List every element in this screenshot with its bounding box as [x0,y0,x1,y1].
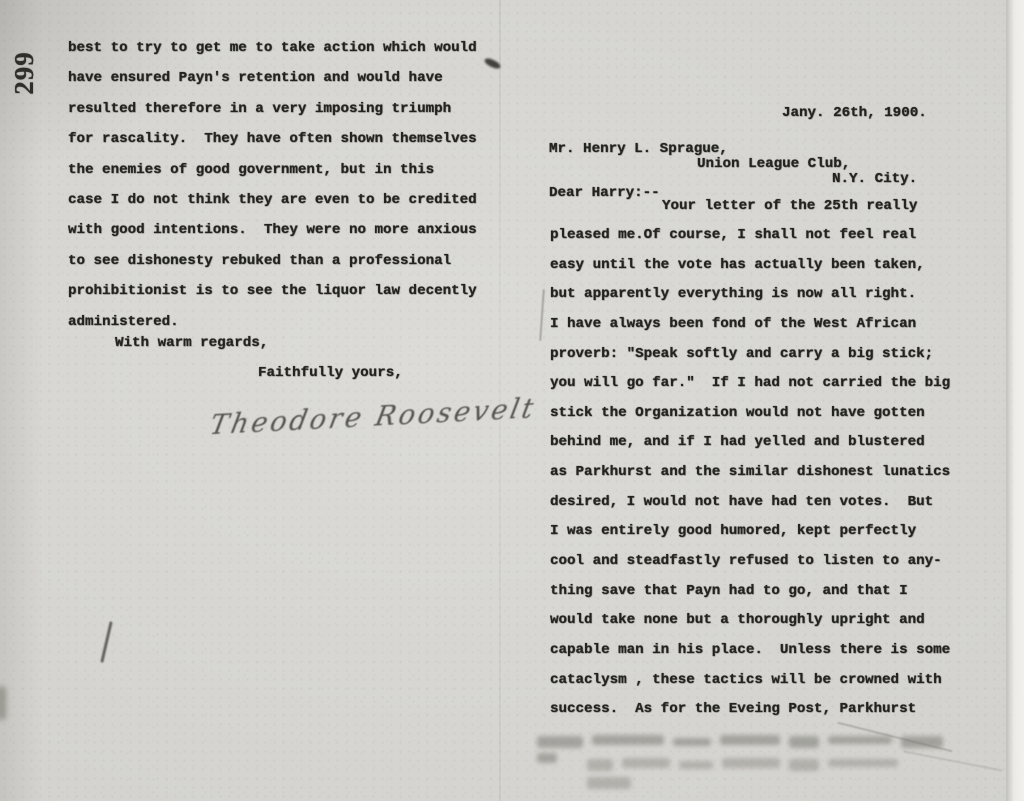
left-page-body: best to try to get me to take action whi… [68,33,477,337]
typed-line: but apparently everything is now all rig… [550,280,950,310]
scan-right-edge [1006,0,1024,801]
typed-line: to see dishonesty rebuked than a profess… [68,246,477,276]
typed-line: success. As for the Eveing Post, Parkhur… [550,695,950,725]
archive-page-number: 299 [8,41,40,105]
typed-line: I was entirely good humored, kept perfec… [550,517,950,547]
typed-line: prohibitionist is to see the liquor law … [68,276,477,306]
typed-line: cataclysm , these tactics will be crowne… [550,666,950,696]
typed-line: desired, I would not have had ten votes.… [550,488,950,518]
closing-regards: With warm regards, [115,334,268,352]
signature-theodore-roosevelt: Theodore Roosevelt [207,393,533,441]
typed-line: have ensured Payn's retention and would … [68,63,477,93]
typed-line: thing save that Payn had to go, and that… [550,577,950,607]
typed-line: would take none but a thoroughly upright… [550,606,950,636]
typed-line: case I do not think they are even to be … [68,185,477,215]
typed-line: as Parkhurst and the similar dishonest l… [550,458,950,488]
pencil-slash-mark [100,621,112,663]
edge-smudge-mark [0,686,6,720]
bleed-through-smudge-line [587,754,957,790]
recipient-city: N.Y. City. [832,170,917,188]
typed-line: pleased me.Of course, I shall not feel r… [550,221,950,251]
typed-line: with good intentions. They were no more … [68,215,477,245]
typed-line: you will go far." If I had not carried t… [550,369,950,399]
pencil-margin-mark [539,289,545,341]
typed-line: cool and steadfastly refused to listen t… [550,547,950,577]
scanned-letter-page: 299 best to try to get me to take action… [0,0,1024,801]
date-line: Jany. 26th, 1900. [782,104,927,122]
typed-line: behind me, and if I had yelled and blust… [550,428,950,458]
typed-line: administered. [68,307,477,337]
typed-line: best to try to get me to take action whi… [68,33,477,63]
typed-line: stick the Organization would not have go… [550,399,950,429]
typed-line: easy until the vote has actually been ta… [550,251,950,281]
salutation: Dear Harry:-- [549,184,660,202]
typed-line: proverb: "Speak softly and carry a big s… [550,340,950,370]
typed-line: resulted therefore in a very imposing tr… [68,94,477,124]
typed-line: the enemies of good government, but in t… [68,155,477,185]
typed-line: for rascality. They have often shown the… [68,124,477,154]
recipient-organization: Union League Club, [697,155,850,173]
typed-line: capable man in his place. Unless there i… [550,636,950,666]
typed-line: I have always been fond of the West Afri… [550,310,950,340]
valediction: Faithfully yours, [258,364,403,382]
body-first-line: Your letter of the 25th really [662,197,917,215]
right-page-body: pleased me.Of course, I shall not feel r… [550,221,950,725]
